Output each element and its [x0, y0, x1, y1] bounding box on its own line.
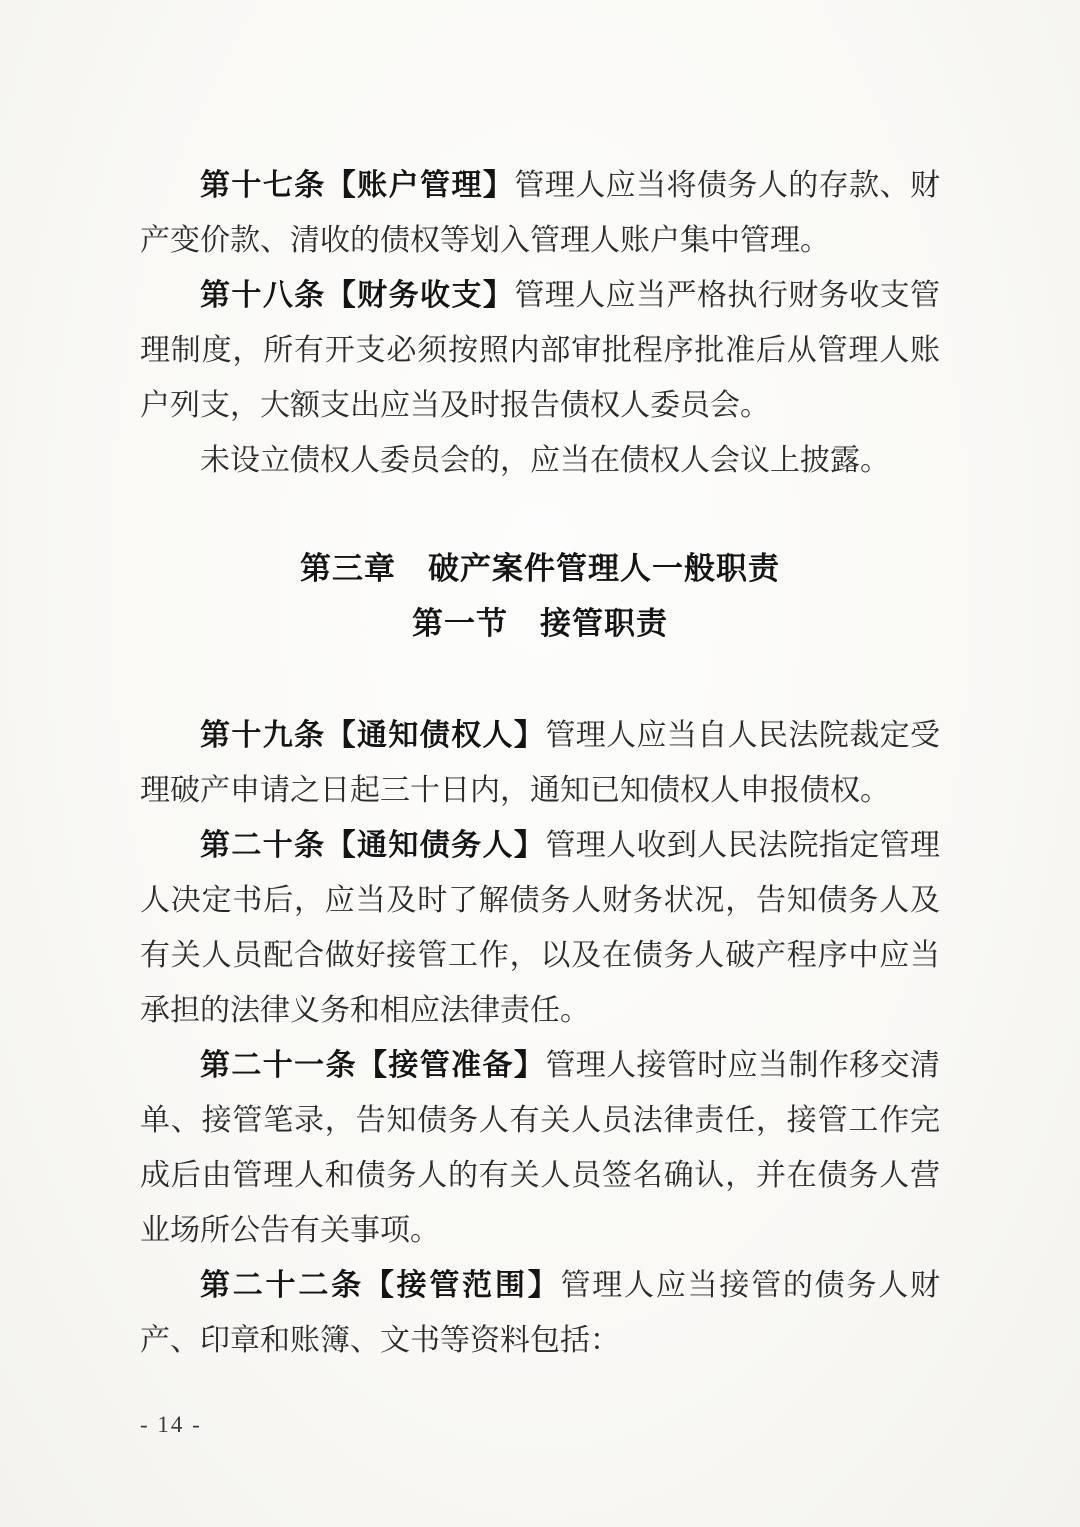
- article-18-lead: 第十八条【财务收支】: [200, 278, 514, 313]
- article-21-paragraph: 第二十一条【接管准备】管理人接管时应当制作移交清单、接管笔录，告知债务人有关人员…: [140, 1038, 940, 1258]
- page-number: - 14 -: [140, 1410, 202, 1440]
- section-heading: 第一节 接管职责: [140, 597, 940, 652]
- article-19-lead: 第十九条【通知债权人】: [200, 718, 545, 753]
- document-body: 第十七条【账户管理】管理人应当将债务人的存款、财产变价款、清收的债权等划入管理人…: [140, 158, 940, 1368]
- article-18-supplement-text: 未设立债权人委员会的，应当在债权人会议上披露。: [200, 444, 890, 477]
- article-17-paragraph: 第十七条【账户管理】管理人应当将债务人的存款、财产变价款、清收的债权等划入管理人…: [140, 158, 940, 268]
- chapter-heading: 第三章 破产案件管理人一般职责: [140, 542, 940, 597]
- document-page: 第十七条【账户管理】管理人应当将债务人的存款、财产变价款、清收的债权等划入管理人…: [0, 0, 1080, 1527]
- article-21-lead: 第二十一条【接管准备】: [200, 1048, 545, 1083]
- article-18-paragraph: 第十八条【财务收支】管理人应当严格执行财务收支管理制度，所有开支必须按照内部审批…: [140, 268, 940, 433]
- article-17-lead: 第十七条【账户管理】: [200, 168, 514, 203]
- article-19-paragraph: 第十九条【通知债权人】管理人应当自人民法院裁定受理破产申请之日起三十日内，通知已…: [140, 708, 940, 818]
- article-22-paragraph: 第二十二条【接管范围】管理人应当接管的债务人财产、印章和账簿、文书等资料包括：: [140, 1258, 940, 1368]
- article-18-supplement-paragraph: 未设立债权人委员会的，应当在债权人会议上披露。: [140, 433, 940, 488]
- article-20-paragraph: 第二十条【通知债务人】管理人收到人民法院指定管理人决定书后，应当及时了解债务人财…: [140, 818, 940, 1038]
- article-20-lead: 第二十条【通知债务人】: [200, 828, 545, 863]
- article-22-lead: 第二十二条【接管范围】: [200, 1268, 561, 1303]
